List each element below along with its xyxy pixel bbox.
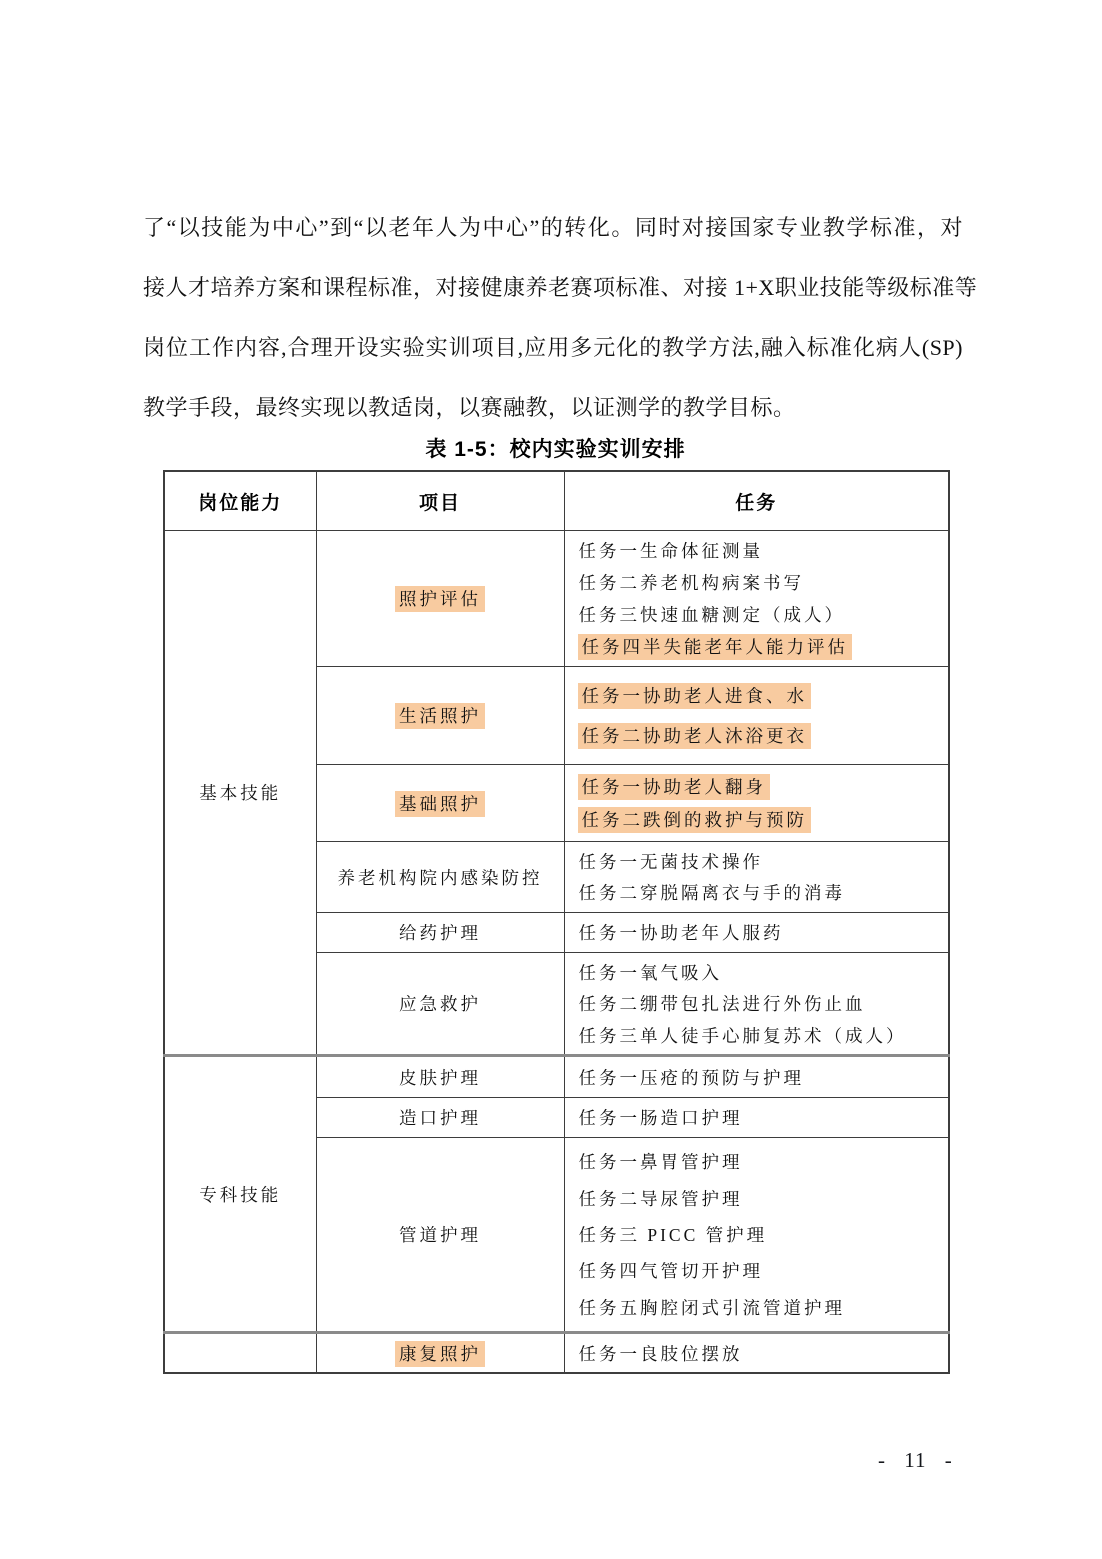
tasks-cell: 任务一鼻胃管护理 任务二导尿管护理 任务三 PICC 管护理 任务四气管切开护理… — [564, 1138, 949, 1333]
task-line: 任务一协助老人翻身 — [578, 774, 771, 799]
project-label: 应急救护 — [398, 992, 482, 1016]
project-label: 给药护理 — [398, 921, 482, 945]
task-line: 任务一协助老人进食、水 — [578, 683, 812, 708]
tasks-cell: 任务一协助老年人服药 — [564, 913, 949, 953]
task-text: 任务四气管切开护理 — [578, 1259, 765, 1283]
task-text: 任务一生命体征测量 — [578, 539, 765, 563]
task-text: 任务三 PICC 管护理 — [578, 1223, 769, 1247]
table-row: 康复照护 任务一良肢位摆放 — [164, 1333, 949, 1374]
task-line: 任务四气管切开护理 — [578, 1258, 765, 1283]
task-line: 任务一鼻胃管护理 — [578, 1149, 744, 1174]
project-cell: 养老机构院内感染防控 — [316, 842, 564, 913]
document-page: 了“以技能为中心”到“以老年人为中心”的转化。同时对接国家专业教学标准，对 接人… — [0, 0, 1102, 1559]
task-line: 任务二跌倒的救护与预防 — [578, 807, 812, 832]
table-title: 表 1-5：校内实验实训安排 — [163, 433, 948, 467]
task-line: 任务二绷带包扎法进行外伤止血 — [578, 991, 867, 1016]
task-line: 任务一无菌技术操作 — [578, 849, 765, 874]
tasks-cell: 任务一压疮的预防与护理 — [564, 1056, 949, 1098]
project-cell: 造口护理 — [316, 1098, 564, 1138]
task-line: 任务二导尿管护理 — [578, 1186, 744, 1211]
project-cell: 康复照护 — [316, 1333, 564, 1374]
task-line: 任务四半失能老年人能力评估 — [578, 634, 853, 659]
task-line: 任务二协助老人沐浴更衣 — [578, 723, 812, 748]
task-line: 任务三快速血糖测定（成人） — [578, 602, 847, 627]
task-text: 任务二跌倒的救护与预防 — [578, 807, 812, 833]
task-text: 任务一良肢位摆放 — [578, 1342, 744, 1366]
project-cell: 基础照护 — [316, 765, 564, 842]
task-line: 任务五胸腔闭式引流管道护理 — [578, 1295, 847, 1320]
project-label: 养老机构院内感染防控 — [337, 866, 544, 890]
task-line: 任务三 PICC 管护理 — [578, 1222, 769, 1247]
project-cell: 给药护理 — [316, 913, 564, 953]
task-text: 任务一氧气吸入 — [578, 961, 724, 985]
table-header-row: 岗位能力 项目 任务 — [164, 471, 949, 531]
task-text: 任务一肠造口护理 — [578, 1106, 744, 1130]
project-cell: 应急救护 — [316, 953, 564, 1056]
tasks-cell: 任务一协助老人翻身 任务二跌倒的救护与预防 — [564, 765, 949, 842]
project-cell: 生活照护 — [316, 667, 564, 765]
tasks-cell: 任务一无菌技术操作 任务二穿脱隔离衣与手的消毒 — [564, 842, 949, 913]
task-text: 任务三快速血糖测定（成人） — [578, 603, 847, 627]
task-line: 任务三单人徒手心肺复苏术（成人） — [578, 1023, 908, 1048]
task-text: 任务三单人徒手心肺复苏术（成人） — [578, 1024, 908, 1048]
task-line: 任务一肠造口护理 — [578, 1105, 744, 1130]
project-cell: 管道护理 — [316, 1138, 564, 1333]
body-paragraph: 了“以技能为中心”到“以老年人为中心”的转化。同时对接国家专业教学标准，对 接人… — [143, 198, 963, 438]
task-text: 任务一协助老年人服药 — [578, 921, 785, 945]
paragraph-line: 了“以技能为中心”到“以老年人为中心”的转化。同时对接国家专业教学标准，对 — [143, 198, 963, 258]
ability-cell — [164, 1333, 316, 1374]
project-label: 生活照护 — [395, 703, 485, 729]
task-text: 任务一无菌技术操作 — [578, 850, 765, 874]
task-text: 任务二导尿管护理 — [578, 1187, 744, 1211]
project-label: 管道护理 — [398, 1223, 482, 1247]
task-text: 任务二养老机构病案书写 — [578, 571, 806, 595]
task-text: 任务一协助老人翻身 — [578, 774, 771, 800]
task-line: 任务一压疮的预防与护理 — [578, 1065, 806, 1090]
table-row: 专科技能 皮肤护理 任务一压疮的预防与护理 — [164, 1056, 949, 1098]
paragraph-line: 岗位工作内容,合理开设实验实训项目,应用多元化的教学方法,融入标准化病人(SP) — [143, 318, 963, 378]
ability-cell: 专科技能 — [164, 1056, 316, 1333]
project-cell: 照护评估 — [316, 531, 564, 667]
page-number: - 11 - — [878, 1448, 978, 1473]
ability-label: 基本技能 — [199, 783, 281, 803]
ability-cell: 基本技能 — [164, 531, 316, 1056]
project-cell: 皮肤护理 — [316, 1056, 564, 1098]
project-label: 皮肤护理 — [398, 1066, 482, 1090]
ability-label: 专科技能 — [199, 1185, 281, 1205]
task-text: 任务二绷带包扎法进行外伤止血 — [578, 992, 867, 1016]
task-text: 任务一协助老人进食、水 — [578, 683, 812, 709]
task-text: 任务五胸腔闭式引流管道护理 — [578, 1296, 847, 1320]
project-label: 康复照护 — [395, 1341, 485, 1367]
table-row: 基本技能 照护评估 任务一生命体征测量 任务二养老机构病案书写 任务三快速血糖测… — [164, 531, 949, 667]
task-line: 任务二养老机构病案书写 — [578, 570, 806, 595]
project-label: 基础照护 — [395, 791, 485, 817]
task-line: 任务二穿脱隔离衣与手的消毒 — [578, 880, 847, 905]
paragraph-line: 教学手段，最终实现以教适岗，以赛融教，以证测学的教学目标。 — [143, 378, 963, 438]
task-text: 任务四半失能老年人能力评估 — [578, 634, 853, 660]
task-line: 任务一生命体征测量 — [578, 538, 765, 563]
header-ability: 岗位能力 — [164, 471, 316, 531]
paragraph-line: 接人才培养方案和课程标准，对接健康养老赛项标准、对接 1+X职业技能等级标准等 — [143, 258, 963, 318]
tasks-cell: 任务一协助老人进食、水 任务二协助老人沐浴更衣 — [564, 667, 949, 765]
tasks-cell: 任务一氧气吸入 任务二绷带包扎法进行外伤止血 任务三单人徒手心肺复苏术（成人） — [564, 953, 949, 1056]
project-label: 造口护理 — [398, 1106, 482, 1130]
header-task: 任务 — [564, 471, 949, 531]
task-line: 任务一良肢位摆放 — [578, 1341, 744, 1366]
training-schedule-table: 岗位能力 项目 任务 基本技能 照护评估 任务一生命体征测量 任务二养老机构病案… — [163, 470, 950, 1374]
tasks-cell: 任务一良肢位摆放 — [564, 1333, 949, 1374]
project-label: 照护评估 — [395, 586, 485, 612]
task-text: 任务二穿脱隔离衣与手的消毒 — [578, 881, 847, 905]
task-text: 任务一鼻胃管护理 — [578, 1150, 744, 1174]
task-line: 任务一氧气吸入 — [578, 960, 724, 985]
tasks-cell: 任务一生命体征测量 任务二养老机构病案书写 任务三快速血糖测定（成人） 任务四半… — [564, 531, 949, 667]
task-line: 任务一协助老年人服药 — [578, 920, 785, 945]
task-text: 任务二协助老人沐浴更衣 — [578, 723, 812, 749]
tasks-cell: 任务一肠造口护理 — [564, 1098, 949, 1138]
task-text: 任务一压疮的预防与护理 — [578, 1066, 806, 1090]
header-project: 项目 — [316, 471, 564, 531]
